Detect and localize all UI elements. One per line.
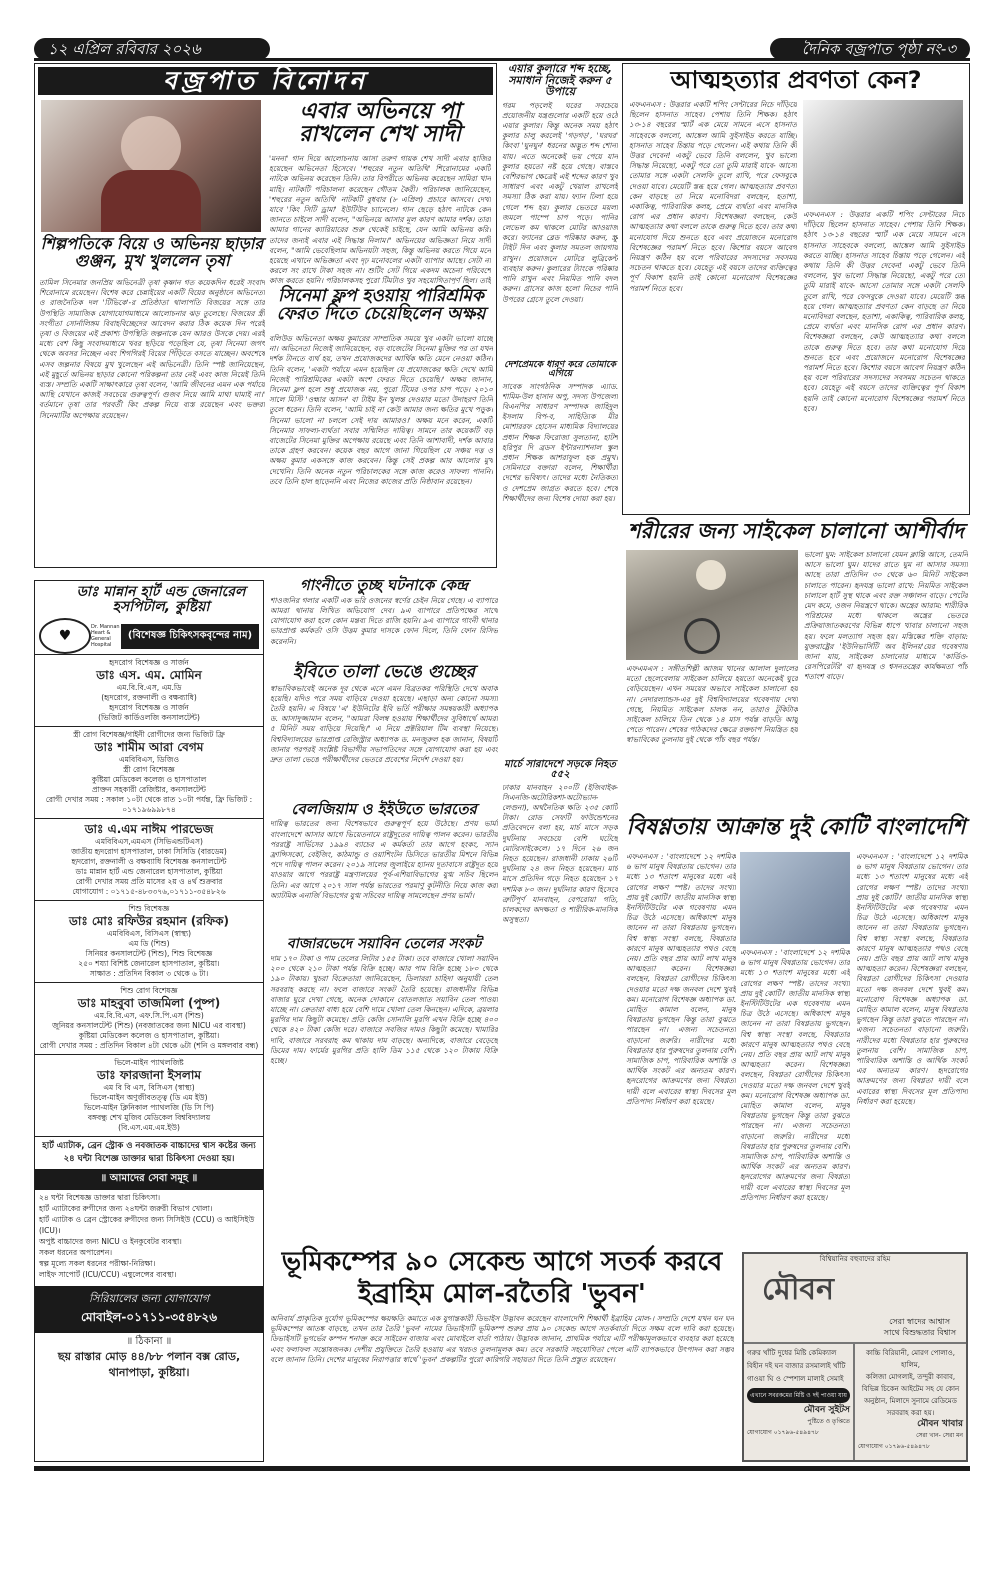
- story-headline: মার্চে সারাদেশে সড়কে নিহত ৫৫২: [502, 760, 618, 781]
- doctors-list: হৃদরোগ বিশেষজ্ঞ ও সার্জনডাঃ এস. এম. মোমি…: [35, 654, 263, 1136]
- section-title: বজ্রপাত বিনোদন: [38, 67, 493, 95]
- services-title: ॥ আমাদের সেবা সমূহ ॥: [35, 1169, 263, 1190]
- doctor-detail: যোগাযোগ : ০১৭১৫-৪৮৩৩৭৬,০১৭১১-৩৫৪৮২৬: [39, 887, 259, 897]
- brand-name: মৌবন: [744, 1265, 966, 1316]
- doctor-name: এমবিবিএস,এমএস (সিভিএন্ডটিএস): [39, 837, 259, 847]
- shop-name: মৌবন খাবার: [858, 1419, 963, 1430]
- sweets-line: বিহীন দই ঘন বাজার রসমালাই খাঁটি: [747, 1360, 850, 1373]
- doctor-detail: এম বি বি এস, বিসিএস (স্বাস্থ্য): [39, 1083, 259, 1093]
- cyclist-photo: [626, 550, 798, 660]
- logo-text: Dr. Mannan Heart & General Hospital: [91, 624, 121, 648]
- story-headline: শিল্পপতিকে বিয়ে ও অভিনয় ছাড়ার গুঞ্জন,…: [39, 236, 265, 270]
- sweets-pill: এখানে সবরকমের মিষ্টি ও দই পাওয়া যায়: [747, 1388, 850, 1403]
- story-body: এফএনএস : উত্তরার একটি শপিং সেন্টারের নিচ…: [629, 100, 797, 510]
- story-headline: দেশপ্রেমকে ধারণ করে তোমাকে এগিয়ে: [502, 361, 618, 380]
- story-body: গরম পড়লেই ঘরের সবচেয়ে প্রয়োজনীয় যন্ত…: [502, 101, 618, 351]
- story-body: শাওজনির গলার একটি এক ভরি ওজনের স্বর্ণের …: [270, 596, 498, 658]
- story-headline: বেলজিয়াম ও ইইউতে ভারতের: [270, 802, 498, 818]
- photo-caption: এফএমএস : সঙ্গীতশিল্পী আজম খানের আলাল দুল…: [626, 664, 798, 806]
- doctor-block: ডাঃ এ.এম নাঈম পারভেজএমবিবিএস,এমএস (সিভিএ…: [35, 818, 263, 900]
- doctor-block: শিশু বিশেষজ্ঞডাঃ মোঃ রফিউর রহমান (রফিক)এ…: [35, 900, 263, 982]
- doctor-block: শিশু রোগ বিশেষজ্ঞডাঃ মাহবুবা তাজমিলা (পু…: [35, 982, 263, 1054]
- shop-sub: পুষ্টিতে ও তৃপ্তিতে: [747, 1416, 850, 1427]
- hospital-name: ডাঃ মান্নান হার্ট এন্ড জেনারেল হসপিটাল, …: [59, 581, 263, 618]
- story-body: বলিউড অভিনেতা অক্ষয় কুমারের সাম্প্রতিক …: [269, 334, 493, 564]
- doctor-detail: হৃদরোগ, রক্তনালী ও বক্ষব্যাধি বিশেষজ্ঞ ক…: [39, 857, 259, 867]
- doctor-detail: এমবিবিএস, ডিজিও: [39, 755, 259, 765]
- story-body-cont: এফএনএস : 'বাংলাদেশে ১২ দশমিক ৬ ভাগ মানুষ…: [856, 852, 968, 1232]
- story-body: ঢাকার যানবাহন ২০০টি (ইজিবাইক-সিএনজি-অটোর…: [502, 783, 618, 1203]
- doctor-block: ভিলে-মাইন প্যাথলজিষ্টডাঃ ফারজানা ইসলামএম…: [35, 1054, 263, 1136]
- bhubon-article: ভূমিকম্পের ৯০ সেকেন্ড আগে সতর্ক করবে ইব্…: [270, 1246, 734, 1460]
- story-headline: বিষণ্ণতায় আক্রান্ত দুই কোটি বাংলাদেশি: [622, 816, 970, 839]
- specialists-banner: (বিশেষজ্ঞ চিকিৎসকবৃন্দের নাম): [121, 624, 259, 649]
- services-list: ২৪ ঘন্টা বিশেষজ্ঞ ডাক্তার দ্বারা চিকিৎসা…: [35, 1190, 263, 1282]
- doctor-detail: সাক্ষাত : প্রতিদিন বিকাল ৩ থেকে ৬ টা।: [39, 969, 259, 979]
- shop-sub: সেরা খান- সেরা মন: [858, 1430, 963, 1441]
- doctor-name: ডাঃ শামীম আরা বেগম: [39, 740, 259, 755]
- service-item: হার্ট এ্যাটাকের রুগীদের জন্য ২৪ঘন্টা জরু…: [39, 1203, 259, 1214]
- doctor-detail: হৃদরোগ বিশেষজ্ঞ ও সার্জন: [39, 703, 259, 713]
- doctor-detail: (হৃদরোগ, রক্তনালী ও বক্ষব্যাধি): [39, 693, 259, 703]
- sweets-line: গাওয়া ঘি ও স্পেশাল মালাই সেমাই: [747, 1373, 850, 1386]
- food-panel: কাচ্চি বিরিয়ানী, মোরগ পোলাও, হালিম, কলি…: [855, 1344, 966, 1462]
- story-body: দাম ১৭০ টাকা ও পাম তেলের লিটার ১৫৫ টাকা।…: [270, 954, 498, 1204]
- story-body: অনিবার্য প্রাকৃতিক দুর্যোগ ভূমিকম্পের ক্…: [270, 1314, 734, 1456]
- doctor-detail: শিশু বিশেষজ্ঞ: [39, 904, 259, 914]
- food-line: অনুষ্ঠান, মিলাদে সুনামে রেডিমেড: [858, 1395, 963, 1407]
- header-rule: [34, 58, 970, 61]
- doctor-detail: রোগী দেখার সময় প্রতি মাসের ২য় ও ৪র্থ শ…: [39, 877, 259, 887]
- doctor-detail: বঙ্গবন্ধু শেখ মুজিব মেডিকেল বিশ্ববিদ্যাল…: [39, 1113, 259, 1123]
- doctor-detail: এমবিবিএস, বিসিএস (স্বাস্থ্য): [39, 929, 259, 939]
- contact-mobile[interactable]: মোবাইল-০১৭১১-৩৫৪৮২৬: [39, 1309, 259, 1329]
- contact-box: সিরিয়ালের জন্য যোগাযোগ মোবাইল-০১৭১১-৩৫৪…: [35, 1286, 263, 1333]
- story-body-cont: এফএনএস : 'বাংলাদেশে ১২ দশমিক ৬ ভাগ মানুষ…: [740, 948, 850, 1232]
- doctor-detail: ভিলে-মাইন ক্লিনিকাল প্যাথলজি (ডি সি পি): [39, 1103, 259, 1113]
- service-item: ২৪ ঘন্টা বিশেষজ্ঞ ডাক্তার দ্বারা চিকিৎসা…: [39, 1192, 259, 1203]
- ad-tagline: সাথে বিশুদ্ধতার বিশ্বাস: [744, 1327, 966, 1338]
- actress-photo: [41, 100, 261, 232]
- emergency-notice: হার্ট এ্যাটাক, ব্রেন স্ট্রোক ও নবজাতক বা…: [35, 1136, 263, 1169]
- doctor-detail: ভিলে-মাইন অণুজীবতত্ত্ব (ডি এম ইউ): [39, 1093, 259, 1103]
- food-line: সরবরাহ করা হয়।: [858, 1407, 963, 1419]
- food-line: কাচ্চি বিরিয়ানী, মোরগ পোলাও, হালিম,: [858, 1347, 963, 1371]
- doctor-name: ডাঃ এ.এম নাঈম পারভেজ: [39, 822, 259, 837]
- story-body: স্বাভাবিকভাবেই অনেক দূর থেকে এসে এমন বিব…: [270, 684, 498, 796]
- cycling-article: শরীরের জন্য সাইকেল চালানো আশীর্বাদ ভালো …: [622, 520, 970, 810]
- moubon-ad: বিশ্বিয়ানির বহুবাদের রহিম মৌবন সেরা স্ব…: [742, 1252, 968, 1462]
- story-body: এফএনএস : 'বাংলাদেশে ১২ দশমিক ৬ ভাগ মানুষ…: [626, 852, 736, 1232]
- depressed-man-photo: [740, 852, 850, 944]
- doctor-detail: স্ত্রী রোগ বিশেষজ্ঞ/গাইনী রোগীদের জন্য ভ…: [39, 730, 259, 740]
- date-pill: ১২ এপ্রিল রবিবার ২০২৬: [34, 38, 270, 60]
- ad-panels: গরুর খাঁটি দুধের মিষ্টি কেমিক্যাল বিহীন …: [744, 1342, 966, 1462]
- ad-tagline-top: বিশ্বিয়ানির বহুবাদের রহিম: [744, 1254, 966, 1265]
- story-body: দায়িত্ব ভারতের জন্য বিশেষভাবে গুরুত্বপূ…: [270, 819, 498, 931]
- service-item: হার্ট এ্যাটাক ও ব্রেন স্ট্রোকের রুগীদের …: [39, 1214, 259, 1236]
- shop-name: মৌবন সুইটস: [747, 1405, 850, 1416]
- ad-tagline: সেরা স্বাদের আশ্বাস: [744, 1316, 966, 1327]
- doctor-detail: প্রাক্তন সহকারী রেজিষ্টার, কনসালটেন্ট: [39, 785, 259, 795]
- column-narrow: এয়ার কুলারে শব্দ হচ্ছে, সমাধান নিজেই কর…: [502, 63, 618, 1203]
- story-body: সাবেক সাংগঠনিক সম্পাদক এ্যাড. শামিম-উল হ…: [502, 382, 618, 752]
- service-item: সকল ধরনের অপারেশন।: [39, 1247, 259, 1258]
- page-number-pill: দৈনিক বজ্রপাত পৃষ্ঠা নং-৩: [770, 38, 970, 60]
- story-body: 'মননা' গান দিয়ে আলোচনায় আসা তরুণ গায়ক…: [269, 154, 491, 284]
- story-headline: ইবিতে তালা ভেঙে গুচ্ছের: [270, 664, 498, 682]
- doctor-detail: জাতীয় হৃদরোগ হাসপাতাল, ঢাকা সিসিডি (বার…: [39, 847, 259, 857]
- story-headline: এবার অভিনয়ে পা রাখলেন শেখ সাদী: [269, 100, 491, 146]
- doctor-detail: ভিলে-মাইন প্যাথলজিষ্ট: [39, 1058, 259, 1068]
- doctor-detail: ২৫০ শয্যা বিশিষ্ট জেনারেল হাসপাতাল, কুষ্…: [39, 959, 259, 969]
- doctor-detail: এম.বি.বি.এস, এফ.সি.পি.এস (শিশু): [39, 1011, 259, 1021]
- doctor-detail: কুষ্টিয়া মেডিকেল কলেজ ও হাসপাতাল: [39, 775, 259, 785]
- doctor-detail: হৃদরোগ বিশেষজ্ঞ ও সার্জন: [39, 658, 259, 668]
- footer-rule: [34, 1466, 970, 1471]
- address: ছয় রাস্তার মোড় ৪৪/৮৮ পলান বক্স রোড, থা…: [35, 1347, 263, 1383]
- hospital-logo-row: ♥ Dr. Mannan Heart & General Hospital (ব…: [35, 618, 263, 654]
- doctor-block: স্ত্রী রোগ বিশেষজ্ঞ/গাইনী রোগীদের জন্য ভ…: [35, 726, 263, 818]
- doctor-detail: ডাঃ মান্নান হার্ট এন্ড জেনারেল হাসপাতাল,…: [39, 867, 259, 877]
- story-headline: শরীরের জন্য সাইকেল চালানো আশীর্বাদ: [622, 520, 970, 542]
- doctor-name: ডাঃ মোঃ রফিউর রহমান (রফিক): [39, 914, 259, 929]
- food-line: কলিজা মোগলাই, তন্দুরী কাবাব,: [858, 1371, 963, 1383]
- story-headline: গাংনীতে তুচ্ছ ঘটনাকে কেন্দ্র: [270, 578, 498, 594]
- story-body: তামিল সিনেমার জনপ্রিয় অভিনেত্রী তৃষা কৃ…: [39, 278, 265, 564]
- doctor-detail: কুষ্টিয়া মেডিকেল কলেজ ও হাসপাতাল, কুষ্ট…: [39, 1031, 259, 1041]
- story-headline: বাজারভেদে সয়াবিন তেলের সংকট: [270, 937, 498, 952]
- doctor-name: ডাঃ এস. এম. মোমিন: [39, 668, 259, 683]
- depression-article: বিষণ্ণতায় আক্রান্ত দুই কোটি বাংলাদেশি এ…: [622, 816, 970, 1236]
- heart-icon: ♥: [39, 618, 91, 654]
- service-item: লাইফ সাপোর্ট (ICU/CCU) এম্বুলেন্সের ব্যব…: [39, 1269, 259, 1280]
- shop-phone: যোগাযোগ ০১৭৯৬-৫৪৯৪৭৮: [858, 1441, 963, 1452]
- story-headline: এয়ার কুলারে শব্দ হচ্ছে, সমাধান নিজেই কর…: [502, 63, 618, 98]
- story-headline: ভূমিকম্পের ৯০ সেকেন্ড আগে সতর্ক করবে ইব্…: [270, 1246, 734, 1310]
- doctor-detail: জুনিয়র কনসালটেন্ট (শিশু) (নবজাতকের জন্য…: [39, 1021, 259, 1031]
- doctor-detail: শিশু রোগ বিশেষজ্ঞ: [39, 986, 259, 996]
- pills-photo: [803, 100, 963, 204]
- hospital-ad: ডাঃ মান্নান হার্ট এন্ড জেনারেল হসপিটাল, …: [34, 580, 264, 1462]
- contact-title: সিরিয়ালের জন্য যোগাযোগ: [39, 1290, 259, 1309]
- doctor-name: ডাঃ ফারজানা ইসলাম: [39, 1068, 259, 1083]
- service-item: স্বল্প মূল্যে সকল ধরনের পরীক্ষা-নিরিক্ষা…: [39, 1258, 259, 1269]
- doctor-detail: রোগী দেখার সময় : প্রতিদিন বিকাল ৪টা থেক…: [39, 1041, 259, 1051]
- shop-phone: যোগাযোগ ০১৭৯৬-৫৪৯৪৭৮: [747, 1427, 850, 1438]
- address-title: ॥ ঠিকানা ॥: [35, 1336, 263, 1347]
- entertainment-section: বজ্রপাত বিনোদন এবার অভিনয়ে পা রাখলেন শে…: [34, 63, 497, 568]
- food-line: বিভিন্ন চিকেন আইটেম সহ যে কোন: [858, 1383, 963, 1395]
- service-item: অপুষ্ট বাচ্চাদের জন্য NICU ও ইনকুবেটর ব্…: [39, 1236, 259, 1247]
- sweets-line: গরুর খাঁটি দুধের মিষ্টি কেমিক্যাল: [747, 1347, 850, 1360]
- story-headline: সিনেমা ফ্লপ হওয়ায় পারিশ্রমিক ফেরত দিতে…: [269, 288, 493, 324]
- story-body-cont: এফএনএস : উত্তরার একটি শপিং সেন্টারের নিচ…: [803, 210, 965, 510]
- story-headline: আত্মহত্যার প্রবণতা কেন?: [623, 64, 969, 97]
- doctor-detail: স্ত্রী রোগ বিশেষজ্ঞ: [39, 765, 259, 775]
- doctor-block: হৃদরোগ বিশেষজ্ঞ ও সার্জনডাঃ এস. এম. মোমি…: [35, 654, 263, 726]
- sweets-panel: গরুর খাঁটি দুধের মিষ্টি কেমিক্যাল বিহীন …: [744, 1344, 855, 1462]
- suicide-article: আত্মহত্যার প্রবণতা কেন? এফএনএস : উত্তরার…: [622, 63, 970, 515]
- doctor-detail: সিনিয়র কনসালটেন্ট (শিশু), শিশু বিশেষজ্ঞ: [39, 949, 259, 959]
- doctor-name: ডাঃ মাহবুবা তাজমিলা (পুষ্প): [39, 996, 259, 1011]
- doctor-detail: (বি.এস.এম.এম.ইউ): [39, 1123, 259, 1133]
- doctor-detail: রোগী দেখার সময় : সকাল ১০টা থেকে রাত ১০ট…: [39, 795, 259, 815]
- doctor-detail: এম ডি (শিশু): [39, 939, 259, 949]
- doctor-detail: এম.বি.বি.এস, এম.ডি: [39, 683, 259, 693]
- story-body: ভালো ঘুম: সাইকেল চালানো যেমন ক্লান্তি আস…: [804, 550, 968, 806]
- doctor-detail: (ভিজিট কার্ডিওলজি কনসালটেন্ট): [39, 713, 259, 723]
- column-middle: গাংনীতে তুচ্ছ ঘটনাকে কেন্দ্র শাওজনির গলা…: [270, 578, 498, 1204]
